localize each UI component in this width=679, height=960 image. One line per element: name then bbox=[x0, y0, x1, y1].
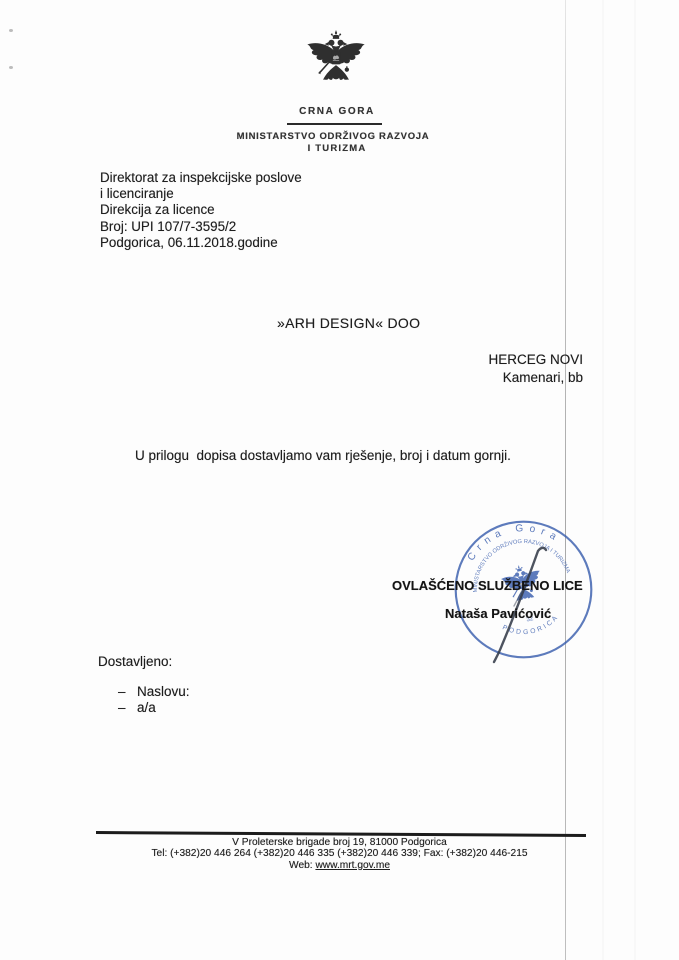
recipient-company: »ARH DESIGN« DOO bbox=[277, 315, 420, 331]
handwritten-signature bbox=[468, 545, 558, 665]
footer-web-line: Web: www.mrt.gov.me bbox=[0, 860, 679, 871]
scan-band bbox=[602, 0, 604, 960]
distribution-dash: – bbox=[118, 700, 126, 715]
sender-directorate: Direktorat za inspekcijske poslove bbox=[100, 170, 302, 186]
letterhead-divider bbox=[287, 123, 382, 125]
sender-directorate-cont: i licenciranje bbox=[100, 186, 302, 202]
scanned-letter-page: CRNA GORA MINISTARSTVO ODRŽIVOG RAZVOJA … bbox=[0, 0, 679, 960]
scan-band bbox=[634, 0, 636, 960]
footer-web-label: Web: bbox=[289, 860, 313, 871]
letterhead-ministry-line1: MINISTARSTVO ODRŽIVOG RAZVOJA bbox=[237, 131, 430, 142]
letter-body-text: U prilogu dopisa dostavljamo vam rješenj… bbox=[135, 448, 511, 463]
montenegro-coat-of-arms-icon bbox=[301, 27, 371, 99]
recipient-city: HERCEG NOVI bbox=[488, 351, 583, 369]
recipient-address-block: HERCEG NOVI Kamenari, bb bbox=[488, 351, 583, 386]
footer-contact-block: V Proleterske brigade broj 19, 81000 Pod… bbox=[0, 837, 679, 871]
distribution-heading: Dostavljeno: bbox=[98, 654, 172, 669]
footer-phones: Tel: (+382)20 446 264 (+382)20 446 335 (… bbox=[0, 848, 679, 859]
footer-web-url: www.mrt.gov.me bbox=[315, 860, 390, 871]
letterhead-country: CRNA GORA bbox=[299, 106, 375, 117]
sender-reference-number: Broj: UPI 107/7-3595/2 bbox=[100, 219, 302, 235]
distribution-item-aa: a/a bbox=[137, 700, 156, 715]
recipient-street: Kamenari, bb bbox=[488, 369, 583, 387]
scan-fold-line bbox=[565, 0, 566, 960]
sender-directorate-unit: Direkcija za licence bbox=[100, 202, 302, 218]
distribution-dash: – bbox=[118, 684, 126, 699]
distribution-item-naslovu: Naslovu: bbox=[137, 684, 190, 699]
letterhead-ministry-line2: I TURIZMA bbox=[308, 143, 367, 154]
authorized-official-title: OVLAŠĆENO SLUŽBENO LICE bbox=[392, 578, 583, 593]
sender-place-date: Podgorica, 06.11.2018.godine bbox=[100, 235, 302, 251]
scan-speck bbox=[9, 66, 13, 69]
sender-block: Direktorat za inspekcijske poslove i lic… bbox=[100, 170, 302, 251]
footer-address: V Proleterske brigade broj 19, 81000 Pod… bbox=[0, 837, 679, 848]
scan-speck bbox=[9, 29, 13, 32]
authorized-official-name: Nataša Pavićović bbox=[445, 606, 551, 621]
